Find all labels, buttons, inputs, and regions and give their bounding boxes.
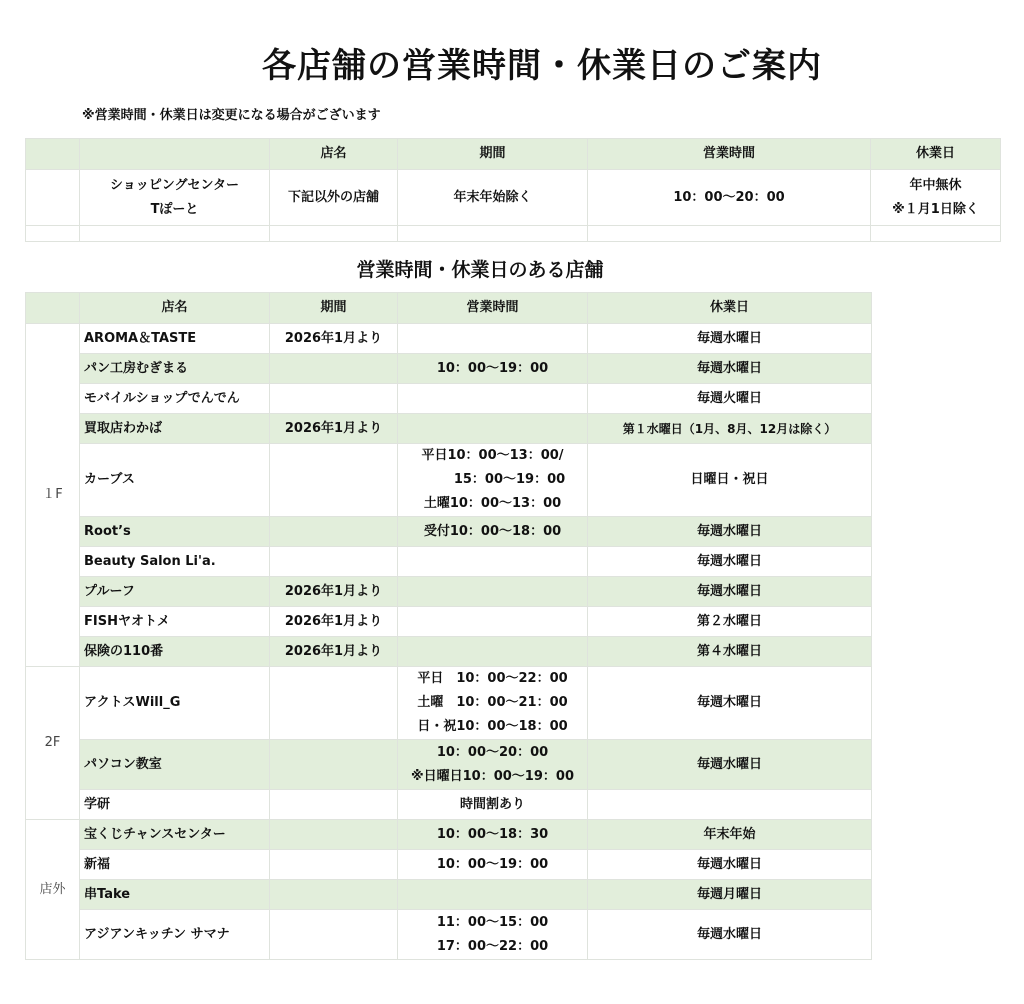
hours: 10：00〜19：00: [398, 354, 588, 384]
period: [270, 354, 398, 384]
hours: [398, 577, 588, 607]
period-cell: 年末年始除く: [398, 170, 588, 226]
closed-days: 毎週月曜日: [588, 880, 872, 910]
store-name: 保険の110番: [80, 637, 270, 667]
closed-line: ※１月1日除く: [875, 198, 996, 222]
store-name: AROMA＆TASTE: [80, 324, 270, 354]
closed-days: 年末年始: [588, 820, 872, 850]
hours-line: ※日曜日10：00〜19：00: [402, 765, 583, 789]
period: [270, 667, 398, 740]
table-row: 2F アクトスWill_G 平日 10：00〜22：00 土曜 10：00〜21…: [26, 667, 872, 740]
period: 2026年1月より: [270, 414, 398, 444]
table-row: 学研 時間割あり: [26, 790, 872, 820]
period: 2026年1月より: [270, 577, 398, 607]
period: 2026年1月より: [270, 607, 398, 637]
hours: [398, 324, 588, 354]
store-name: 買取店わかば: [80, 414, 270, 444]
closed-days: 第４水曜日: [588, 637, 872, 667]
hours: 平日10：00〜13：00/ 15：00〜19：00 土曜10：00〜13：00: [398, 444, 588, 517]
store-name: 串Take: [80, 880, 270, 910]
hours-line: 15：00〜19：00: [402, 468, 583, 492]
page-title: 各店舗の営業時間・休業日のご案内: [0, 38, 1024, 87]
period: [270, 547, 398, 577]
hours: [398, 414, 588, 444]
table-row: アジアンキッチン サマナ 11：00〜15：00 17：00〜22：00 毎週水…: [26, 910, 872, 960]
period: 2026年1月より: [270, 324, 398, 354]
hours: [398, 384, 588, 414]
table-row: 串Take 毎週月曜日: [26, 880, 872, 910]
store-name: カーブス: [80, 444, 270, 517]
hours-line: 土曜10：00〜13：00: [402, 492, 583, 516]
table-row: FISHヤオトメ 2026年1月より 第２水曜日: [26, 607, 872, 637]
closed-days: 第１水曜日（1月、8月、12月は除く）: [588, 414, 872, 444]
header-closed: 休業日: [588, 293, 872, 324]
floor-label-1f: １F: [26, 324, 80, 667]
hours-line: 土曜 10：00〜21：00: [402, 691, 583, 715]
floor-label-outside: 店外: [26, 820, 80, 960]
closed-days: 日曜日・祝日: [588, 444, 872, 517]
closed-cell: 年中無休 ※１月1日除く: [871, 170, 1001, 226]
closed-days: 毎週水曜日: [588, 517, 872, 547]
closed-days: 毎週水曜日: [588, 577, 872, 607]
period: [270, 740, 398, 790]
period: [270, 820, 398, 850]
hours-line: 10：00〜20：00: [402, 741, 583, 765]
facility-cell: ショッピングセンター Tぽーと: [80, 170, 270, 226]
facility-nickname: Tぽーと: [84, 198, 265, 222]
period: [270, 444, 398, 517]
hours: 11：00〜15：00 17：00〜22：00: [398, 910, 588, 960]
period: [270, 850, 398, 880]
header-period: 期間: [398, 139, 588, 170]
store-name: アクトスWill_G: [80, 667, 270, 740]
table-row: パン工房むぎまる 10：00〜19：00 毎週水曜日: [26, 354, 872, 384]
hours: [398, 880, 588, 910]
main-hours-table: 店名 期間 営業時間 休業日 ショッピングセンター Tぽーと 下記以外の店舗 年…: [25, 138, 1001, 242]
hours: [398, 607, 588, 637]
header-floor: [26, 293, 80, 324]
table-row: ショッピングセンター Tぽーと 下記以外の店舗 年末年始除く 10：00〜20：…: [26, 170, 1001, 226]
table-row: カーブス 平日10：00〜13：00/ 15：00〜19：00 土曜10：00〜…: [26, 444, 872, 517]
header-period: 期間: [270, 293, 398, 324]
period: [270, 880, 398, 910]
table-row: 新福 10：00〜19：00 毎週水曜日: [26, 850, 872, 880]
closed-days: 毎週水曜日: [588, 910, 872, 960]
store-cell: 下記以外の店舗: [270, 170, 398, 226]
store-name: FISHヤオトメ: [80, 607, 270, 637]
store-name: 宝くじチャンスセンター: [80, 820, 270, 850]
section-subtitle: 営業時間・休業日のある店舗: [0, 255, 960, 282]
hours: 時間割あり: [398, 790, 588, 820]
period: [270, 790, 398, 820]
header-blank: [26, 139, 80, 170]
header-hours: 営業時間: [588, 139, 871, 170]
table-row: パソコン教室 10：00〜20：00 ※日曜日10：00〜19：00 毎週水曜日: [26, 740, 872, 790]
table-row: Root’s 受付10：00〜18：00 毎週水曜日: [26, 517, 872, 547]
hours: 10：00〜18：30: [398, 820, 588, 850]
table-row: 保険の110番 2026年1月より 第４水曜日: [26, 637, 872, 667]
hours: 10：00〜20：00 ※日曜日10：00〜19：00: [398, 740, 588, 790]
table-row: 買取店わかば 2026年1月より 第１水曜日（1月、8月、12月は除く）: [26, 414, 872, 444]
change-notice: ※営業時間・休業日は変更になる場合がございます: [82, 104, 381, 123]
header-hours: 営業時間: [398, 293, 588, 324]
hours: 受付10：00〜18：00: [398, 517, 588, 547]
closed-line: 年中無休: [875, 174, 996, 198]
hours-cell: 10：00〜20：00: [588, 170, 871, 226]
floor-label-2f: 2F: [26, 667, 80, 820]
hours-line: 11：00〜15：00: [402, 911, 583, 935]
store-name: プルーフ: [80, 577, 270, 607]
table-row: 店外 宝くじチャンスセンター 10：00〜18：30 年末年始: [26, 820, 872, 850]
store-name: Root’s: [80, 517, 270, 547]
closed-days: 毎週火曜日: [588, 384, 872, 414]
hours: [398, 547, 588, 577]
facility-name: ショッピングセンター: [84, 174, 265, 198]
header-store: 店名: [270, 139, 398, 170]
store-name: 学研: [80, 790, 270, 820]
empty-row: [26, 226, 1001, 242]
hours-line: 平日 10：00〜22：00: [402, 667, 583, 691]
closed-days: 毎週木曜日: [588, 667, 872, 740]
blank-cell: [26, 170, 80, 226]
period: [270, 517, 398, 547]
period: [270, 910, 398, 960]
store-name: アジアンキッチン サマナ: [80, 910, 270, 960]
store-name: パソコン教室: [80, 740, 270, 790]
store-name: モバイルショップでんでん: [80, 384, 270, 414]
period: 2026年1月より: [270, 637, 398, 667]
hours: [398, 637, 588, 667]
hours-line: 平日10：00〜13：00/: [402, 444, 583, 468]
closed-days: 毎週水曜日: [588, 740, 872, 790]
store-name: パン工房むぎまる: [80, 354, 270, 384]
closed-days: 毎週水曜日: [588, 547, 872, 577]
closed-days: 毎週水曜日: [588, 850, 872, 880]
hours-line: 日・祝10：00〜18：00: [402, 715, 583, 739]
closed-days: 毎週水曜日: [588, 324, 872, 354]
table-row: プルーフ 2026年1月より 毎週水曜日: [26, 577, 872, 607]
store-name: 新福: [80, 850, 270, 880]
hours: 平日 10：00〜22：00 土曜 10：00〜21：00 日・祝10：00〜1…: [398, 667, 588, 740]
header-facility: [80, 139, 270, 170]
closed-days: 第２水曜日: [588, 607, 872, 637]
header-store: 店名: [80, 293, 270, 324]
header-closed: 休業日: [871, 139, 1001, 170]
store-name: Beauty Salon Li'a.: [80, 547, 270, 577]
main-table-header: 店名 期間 営業時間 休業日: [26, 139, 1001, 170]
hours: 10：00〜19：00: [398, 850, 588, 880]
period: [270, 384, 398, 414]
hours-line: 17：00〜22：00: [402, 935, 583, 959]
stores-table-header: 店名 期間 営業時間 休業日: [26, 293, 872, 324]
closed-days: [588, 790, 872, 820]
table-row: Beauty Salon Li'a. 毎週水曜日: [26, 547, 872, 577]
table-row: モバイルショップでんでん 毎週火曜日: [26, 384, 872, 414]
stores-hours-table: 店名 期間 営業時間 休業日 １F AROMA＆TASTE 2026年1月より …: [25, 292, 872, 960]
table-row: １F AROMA＆TASTE 2026年1月より 毎週水曜日: [26, 324, 872, 354]
closed-days: 毎週水曜日: [588, 354, 872, 384]
